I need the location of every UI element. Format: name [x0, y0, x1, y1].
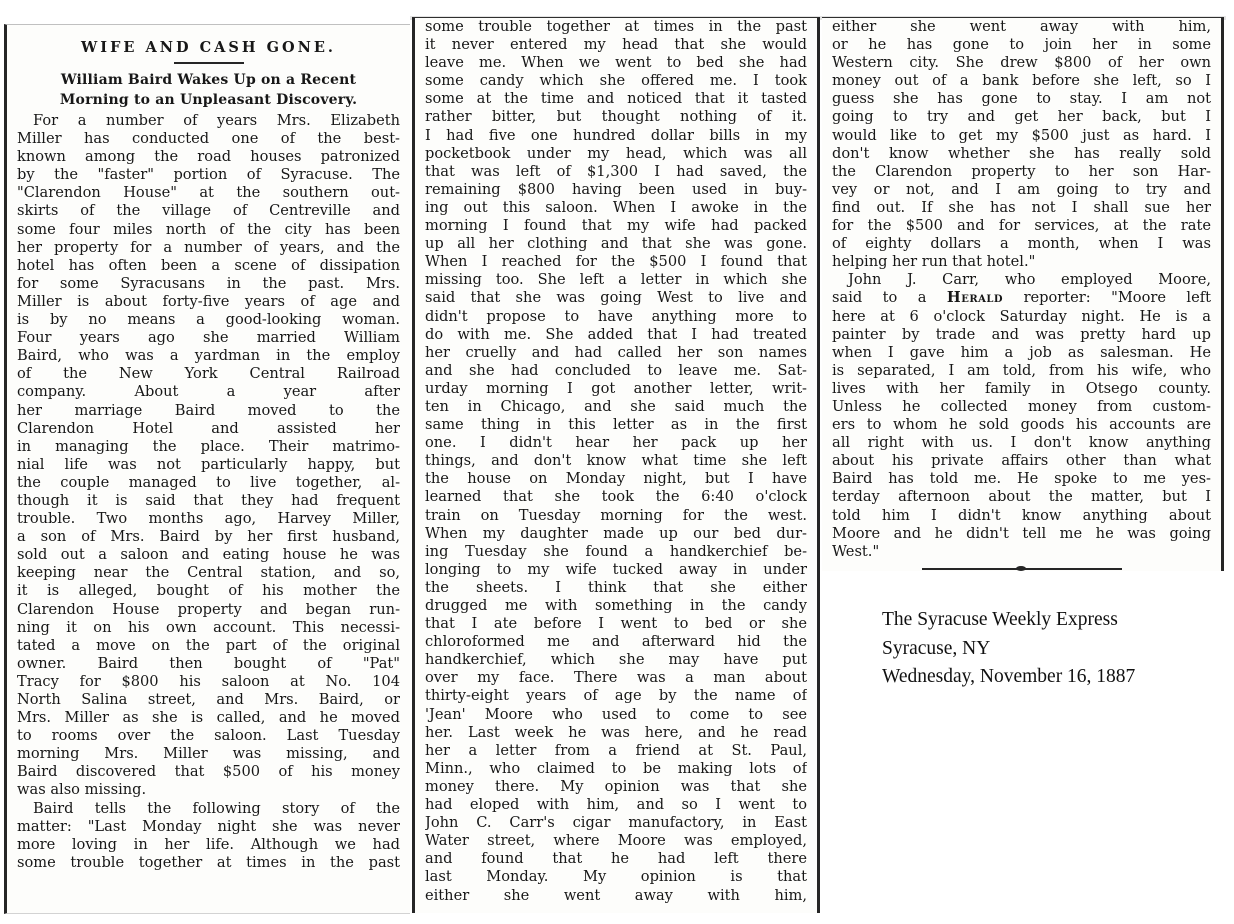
text-line: Baird discovered that $500 of his money — [17, 763, 400, 781]
text-line: handkerchief, which she may have put — [425, 651, 807, 669]
text-line: chloroformed me and afterward hid the — [425, 633, 807, 651]
text-line: Moore and he didn't tell me he was going — [832, 525, 1211, 543]
text-line: thirty-eight years of age by the name of — [425, 687, 807, 705]
text-line: her marriage Baird moved to the — [17, 402, 400, 420]
text-line: don't know whether she has really sold — [832, 145, 1211, 163]
text-line: owner. Baird then bought of "Pat" — [17, 655, 400, 673]
column-text: either she went away with him,or he has … — [832, 18, 1211, 561]
article-column-2: some trouble together at times in the pa… — [412, 17, 820, 913]
text-line: Clarendon Hotel and assisted her — [17, 420, 400, 438]
text-line: vey or not, and I am going to try and — [832, 181, 1211, 199]
text-line: told him I didn't know anything about — [832, 507, 1211, 525]
text-line: and found that he had left there — [425, 850, 807, 868]
text-line: "Clarendon House" at the southern out- — [17, 184, 400, 202]
text-line: same thing in this letter as in the firs… — [425, 416, 807, 434]
text-line: company. About a year after — [17, 383, 400, 401]
text-line: tated a move on the part of the original — [17, 637, 400, 655]
text-line: some four miles north of the city has be… — [17, 221, 400, 239]
text-line: Unless he collected money from custom- — [832, 398, 1211, 416]
text-line: nial life was not particularly happy, bu… — [17, 456, 400, 474]
text-line: said that she was going West to live and — [425, 289, 807, 307]
text-line: hotel has often been a scene of dissipat… — [17, 257, 400, 275]
text-line: Miller is about forty-five years of age … — [17, 293, 400, 311]
text-line: John C. Carr's cigar manufactory, in Eas… — [425, 814, 807, 832]
article-column-3: either she went away with him,or he has … — [822, 17, 1224, 571]
text-line: morning Mrs. Miller was missing, and — [17, 745, 400, 763]
subheadline-line-1: William Baird Wakes Up on a Recent — [17, 70, 400, 90]
text-line: Baird, who was a yardman in the employ — [17, 347, 400, 365]
text-line: remaining $800 having been used in buy- — [425, 181, 807, 199]
text-line: sold out a saloon and eating house he wa… — [17, 546, 400, 564]
text-line: that I ate before I went to bed or she — [425, 615, 807, 633]
text-line: West." — [832, 543, 1211, 561]
text-line: terday afternoon about the matter, but I — [832, 488, 1211, 506]
subheadline-line-2: Morning to an Unpleasant Discovery. — [17, 90, 400, 110]
text-line: Western city. She drew $800 of her own — [832, 54, 1211, 72]
text-line: that was left of $1,300 I had saved, the — [425, 163, 807, 181]
text-line: said to a Herald reporter: "Moore left — [832, 289, 1211, 307]
text-line: up all her clothing and that she was gon… — [425, 235, 807, 253]
article-end-rule — [922, 568, 1122, 570]
text-line: her a letter from a friend at St. Paul, — [425, 742, 807, 760]
text-line: of the New York Central Railroad — [17, 365, 400, 383]
text-line: When my daughter made up our bed dur- — [425, 525, 807, 543]
text-line: train on Tuesday morning for the west. — [425, 507, 807, 525]
text-line: find out. If she has not I shall sue her — [832, 199, 1211, 217]
text-line: drugged me with something in the candy — [425, 597, 807, 615]
caption-date: Wednesday, November 16, 1887 — [882, 663, 1135, 692]
text-line: skirts of the village of Centreville and — [17, 202, 400, 220]
text-line: urday morning I got another letter, writ… — [425, 380, 807, 398]
headline-divider — [174, 62, 244, 64]
text-line: painter by trade and was pretty hard up — [832, 326, 1211, 344]
text-line: more loving in her life. Although we had — [17, 836, 400, 854]
text-line: her cruelly and had called her son names — [425, 344, 807, 362]
text-line: matter: "Last Monday night she was never — [17, 818, 400, 836]
text-line: When I reached for the $500 I found that — [425, 253, 807, 271]
text-line: is by no means a good-looking woman. — [17, 311, 400, 329]
text-line: for some Syracusans in the past. Mrs. — [17, 275, 400, 293]
text-line: missing too. She left a letter in which … — [425, 271, 807, 289]
text-line: would like to get my $500 just as hard. … — [832, 127, 1211, 145]
text-line: for the $500 and for services, at the ra… — [832, 217, 1211, 235]
column-text: For a number of years Mrs. ElizabethMill… — [17, 112, 400, 872]
text-line: though it is said that they had frequent — [17, 492, 400, 510]
text-line: leave me. When we went to bed she had — [425, 54, 807, 72]
text-line: about his private affairs other than wha… — [832, 452, 1211, 470]
text-line: John J. Carr, who employed Moore, — [832, 271, 1211, 289]
text-line: known among the road houses patronized — [17, 148, 400, 166]
text-line: Water street, where Moore was employed, — [425, 832, 807, 850]
text-line: going to try and get her back, but I — [832, 108, 1211, 126]
text-line: lives with her family in Otsego county. — [832, 380, 1211, 398]
text-line: had eloped with him, and so I went to — [425, 796, 807, 814]
text-line: North Salina street, and Mrs. Baird, or — [17, 691, 400, 709]
text-line: over my face. There was a man about — [425, 669, 807, 687]
text-line: keeping near the Central station, and so… — [17, 564, 400, 582]
herald-name: Herald — [947, 289, 1003, 306]
text-line: some trouble together at times in the pa… — [425, 18, 807, 36]
text-line: do with me. She added that I had treated — [425, 326, 807, 344]
text-line: when I gave him a job as salesman. He — [832, 344, 1211, 362]
text-line: the Clarendon property to her son Har- — [832, 163, 1211, 181]
text-line: Baird has told me. He spoke to me yes- — [832, 470, 1211, 488]
text-line: ing Tuesday she found a handkerchief be- — [425, 543, 807, 561]
article-column-1: WIFE AND CASH GONE. William Baird Wakes … — [4, 24, 410, 914]
text-line: Minn., who claimed to be making lots of — [425, 760, 807, 778]
text-line: here at 6 o'clock Saturday night. He is … — [832, 308, 1211, 326]
text-line: morning I found that my wife had packed — [425, 217, 807, 235]
text-line: the sheets. I think that she either — [425, 579, 807, 597]
text-line: Mrs. Miller as she is called, and he mov… — [17, 709, 400, 727]
source-caption: The Syracuse Weekly Express Syracuse, NY… — [882, 606, 1135, 692]
text-line: was also missing. — [17, 781, 400, 799]
text-line: to rooms over the saloon. Last Tuesday — [17, 727, 400, 745]
text-line: Miller has conducted one of the best- — [17, 130, 400, 148]
text-line: Four years ago she married William — [17, 329, 400, 347]
article-headline: WIFE AND CASH GONE. — [17, 39, 400, 56]
text-line: Clarendon House property and began run- — [17, 601, 400, 619]
text-line: Baird tells the following story of the — [17, 800, 400, 818]
text-line: ers to whom he sold goods his accounts a… — [832, 416, 1211, 434]
text-line: learned that she took the 6:40 o'clock — [425, 488, 807, 506]
text-line: some candy which she offered me. I took — [425, 72, 807, 90]
text-line: money there. My opinion was that she — [425, 778, 807, 796]
text-line: one. I didn't hear her pack up her — [425, 434, 807, 452]
text-line: and she had concluded to leave me. Sat- — [425, 362, 807, 380]
text-line: ten in Chicago, and she said much the — [425, 398, 807, 416]
text-line: or he has gone to join her in some — [832, 36, 1211, 54]
text-line: trouble. Two months ago, Harvey Miller, — [17, 510, 400, 528]
text-line: either she went away with him, — [832, 18, 1211, 36]
text-line: things, and don't know what time she lef… — [425, 452, 807, 470]
text-line: For a number of years Mrs. Elizabeth — [17, 112, 400, 130]
column-text: some trouble together at times in the pa… — [425, 18, 807, 905]
caption-location: Syracuse, NY — [882, 635, 1135, 664]
text-line: helping her run that hotel." — [832, 253, 1211, 271]
text-line: of eighty dollars a month, when I was — [832, 235, 1211, 253]
text-line: it never entered my head that she would — [425, 36, 807, 54]
text-line: by the "faster" portion of Syracuse. The — [17, 166, 400, 184]
text-line: Tracy for $800 his saloon at No. 104 — [17, 673, 400, 691]
text-line: in managing the place. Their matrimo- — [17, 438, 400, 456]
text-line: didn't propose to have anything more to — [425, 308, 807, 326]
text-line: pocketbook under my head, which was all — [425, 145, 807, 163]
text-line: her. Last week he was here, and he read — [425, 724, 807, 742]
text-line: a son of Mrs. Baird by her first husband… — [17, 528, 400, 546]
text-line: ning it on his own account. This necessi… — [17, 619, 400, 637]
text-line: the house on Monday night, but I have — [425, 470, 807, 488]
text-line: rather bitter, but thought nothing of it… — [425, 108, 807, 126]
text-line: it is alleged, bought of his mother the — [17, 582, 400, 600]
text-line: the couple managed to live together, al- — [17, 474, 400, 492]
text-line: all right with us. I don't know anything — [832, 434, 1211, 452]
text-line: some at the time and noticed that it tas… — [425, 90, 807, 108]
text-line: last Monday. My opinion is that — [425, 868, 807, 886]
text-line: money out of a bank before she left, so … — [832, 72, 1211, 90]
text-line: some trouble together at times in the pa… — [17, 854, 400, 872]
text-line: her property for a number of years, and … — [17, 239, 400, 257]
article-subheadline: William Baird Wakes Up on a Recent Morni… — [17, 70, 400, 110]
text-line: ing out this saloon. When I awoke in the — [425, 199, 807, 217]
text-line: 'Jean' Moore who used to come to see — [425, 706, 807, 724]
text-line: I had five one hundred dollar bills in m… — [425, 127, 807, 145]
text-line: longing to my wife tucked away in under — [425, 561, 807, 579]
text-line: guess she has gone to stay. I am not — [832, 90, 1211, 108]
text-line: either she went away with him, — [425, 887, 807, 905]
caption-newspaper: The Syracuse Weekly Express — [882, 606, 1135, 635]
text-line: is separated, I am told, from his wife, … — [832, 362, 1211, 380]
